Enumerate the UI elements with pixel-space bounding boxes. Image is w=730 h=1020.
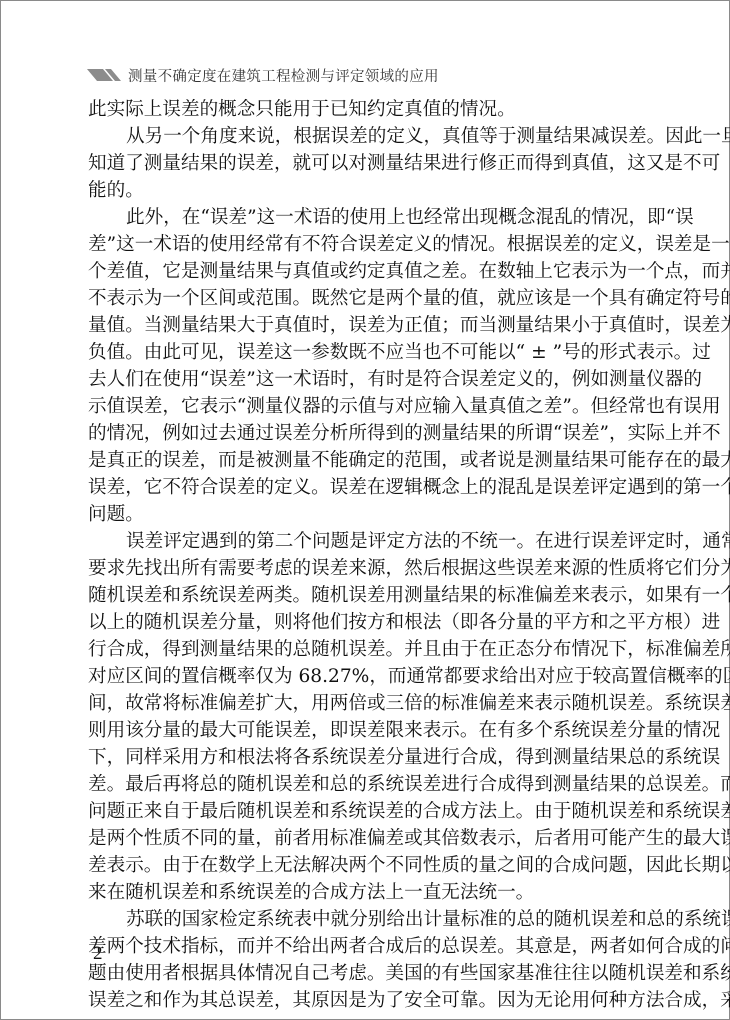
text-line: 能的。 bbox=[88, 177, 628, 204]
text-line: 间，故常将标准偏差扩大，用两倍或三倍的标准偏差来表示随机误差。系统误差 bbox=[88, 690, 628, 717]
page-number: 2 bbox=[93, 943, 103, 965]
text-line: 下，同样采用方和根法将各系统误差分量进行合成，得到测量结果总的系统误 bbox=[88, 744, 628, 771]
text-line: 差两个技术指标，而并不给出两者合成后的总误差。其意是，两者如何合成的问 bbox=[88, 933, 628, 960]
text-line: 从另一个角度来说，根据误差的定义，真值等于测量结果减误差。因此一旦 bbox=[88, 123, 628, 150]
text-line: 以上的随机误差分量，则将他们按方和根法（即各分量的平方和之平方根）进 bbox=[88, 609, 628, 636]
text-line: 负值。由此可见，误差这一参数既不应当也不可能以“ ± ”号的形式表示。过 bbox=[88, 339, 628, 366]
text-line: 要求先找出所有需要考虑的误差来源，然后根据这些误差来源的性质将它们分为 bbox=[88, 555, 628, 582]
text-line: 的情况，例如过去通过误差分析所得到的测量结果的所谓“误差”，实际上并不 bbox=[88, 420, 628, 447]
book-page: 测量不确定度在建筑工程检测与评定领域的应用 此实际上误差的概念只能用于已知约定真… bbox=[0, 0, 730, 1020]
text-line: 来在随机误差和系统误差的合成方法上一直无法统一。 bbox=[88, 879, 628, 906]
text-line: 题由使用者根据具体情况自己考虑。美国的有些国家基准往往以随机误差和系统 bbox=[88, 960, 628, 987]
text-line: 苏联的国家检定系统表中就分别给出计量标准的总的随机误差和总的系统误 bbox=[88, 906, 628, 933]
text-line: 是真正的误差，而是被测量不能确定的范围，或者说是测量结果可能存在的最大 bbox=[88, 447, 628, 474]
text-line: 是两个性质不同的量，前者用标准偏差或其倍数表示，后者用可能产生的最大误 bbox=[88, 825, 628, 852]
text-line: 此外，在“误差”这一术语的使用上也经常出现概念混乱的情况，即“误 bbox=[88, 204, 628, 231]
body-text: 此实际上误差的概念只能用于已知约定真值的情况。从另一个角度来说，根据误差的定义，… bbox=[88, 96, 628, 1014]
text-line: 不表示为一个区间或范围。既然它是两个量的值，就应该是一个具有确定符号的 bbox=[88, 285, 628, 312]
text-line: 行合成，得到测量结果的总随机误差。并且由于在正态分布情况下，标准偏差所 bbox=[88, 636, 628, 663]
text-line: 此实际上误差的概念只能用于已知约定真值的情况。 bbox=[88, 96, 628, 123]
text-line: 则用该分量的最大可能误差，即误差限来表示。在有多个系统误差分量的情况 bbox=[88, 717, 628, 744]
text-line: 问题。 bbox=[88, 501, 628, 528]
text-line: 对应区间的置信概率仅为 68.27%，而通常都要求给出对应于较高置信概率的区 bbox=[88, 663, 628, 690]
text-line: 问题正来自于最后随机误差和系统误差的合成方法上。由于随机误差和系统误差 bbox=[88, 798, 628, 825]
text-line: 差”这一术语的使用经常有不符合误差定义的情况。根据误差的定义，误差是一 bbox=[88, 231, 628, 258]
text-line: 示值误差，它表示“测量仪器的示值与对应输入量真值之差”。但经常也有误用 bbox=[88, 393, 628, 420]
running-header: 测量不确定度在建筑工程检测与评定领域的应用 bbox=[88, 65, 439, 85]
text-line: 知道了测量结果的误差，就可以对测量结果进行修正而得到真值，这又是不可 bbox=[88, 150, 628, 177]
book-title: 测量不确定度在建筑工程检测与评定领域的应用 bbox=[128, 65, 439, 86]
text-line: 差表示。由于在数学上无法解决两个不同性质的量之间的合成问题，因此长期以 bbox=[88, 852, 628, 879]
text-line: 量值。当测量结果大于真值时，误差为正值；而当测量结果小于真值时，误差为 bbox=[88, 312, 628, 339]
text-line: 误差，它不符合误差的定义。误差在逻辑概念上的混乱是误差评定遇到的第一个 bbox=[88, 474, 628, 501]
text-line: 随机误差和系统误差两类。随机误差用测量结果的标准偏差来表示，如果有一个 bbox=[88, 582, 628, 609]
text-line: 误差评定遇到的第二个问题是评定方法的不统一。在进行误差评定时，通常 bbox=[88, 528, 628, 555]
text-line: 个差值，它是测量结果与真值或约定真值之差。在数轴上它表示为一个点，而并 bbox=[88, 258, 628, 285]
text-line: 去人们在使用“误差”这一术语时，有时是符合误差定义的，例如测量仪器的 bbox=[88, 366, 628, 393]
text-line: 差。最后再将总的随机误差和总的系统误差进行合成得到测量结果的总误差。而 bbox=[88, 771, 628, 798]
text-line: 误差之和作为其总误差，其原因是为了安全可靠。因为无论用何种方法合成，采 bbox=[88, 987, 628, 1014]
double-slash-bars-icon bbox=[88, 69, 122, 81]
